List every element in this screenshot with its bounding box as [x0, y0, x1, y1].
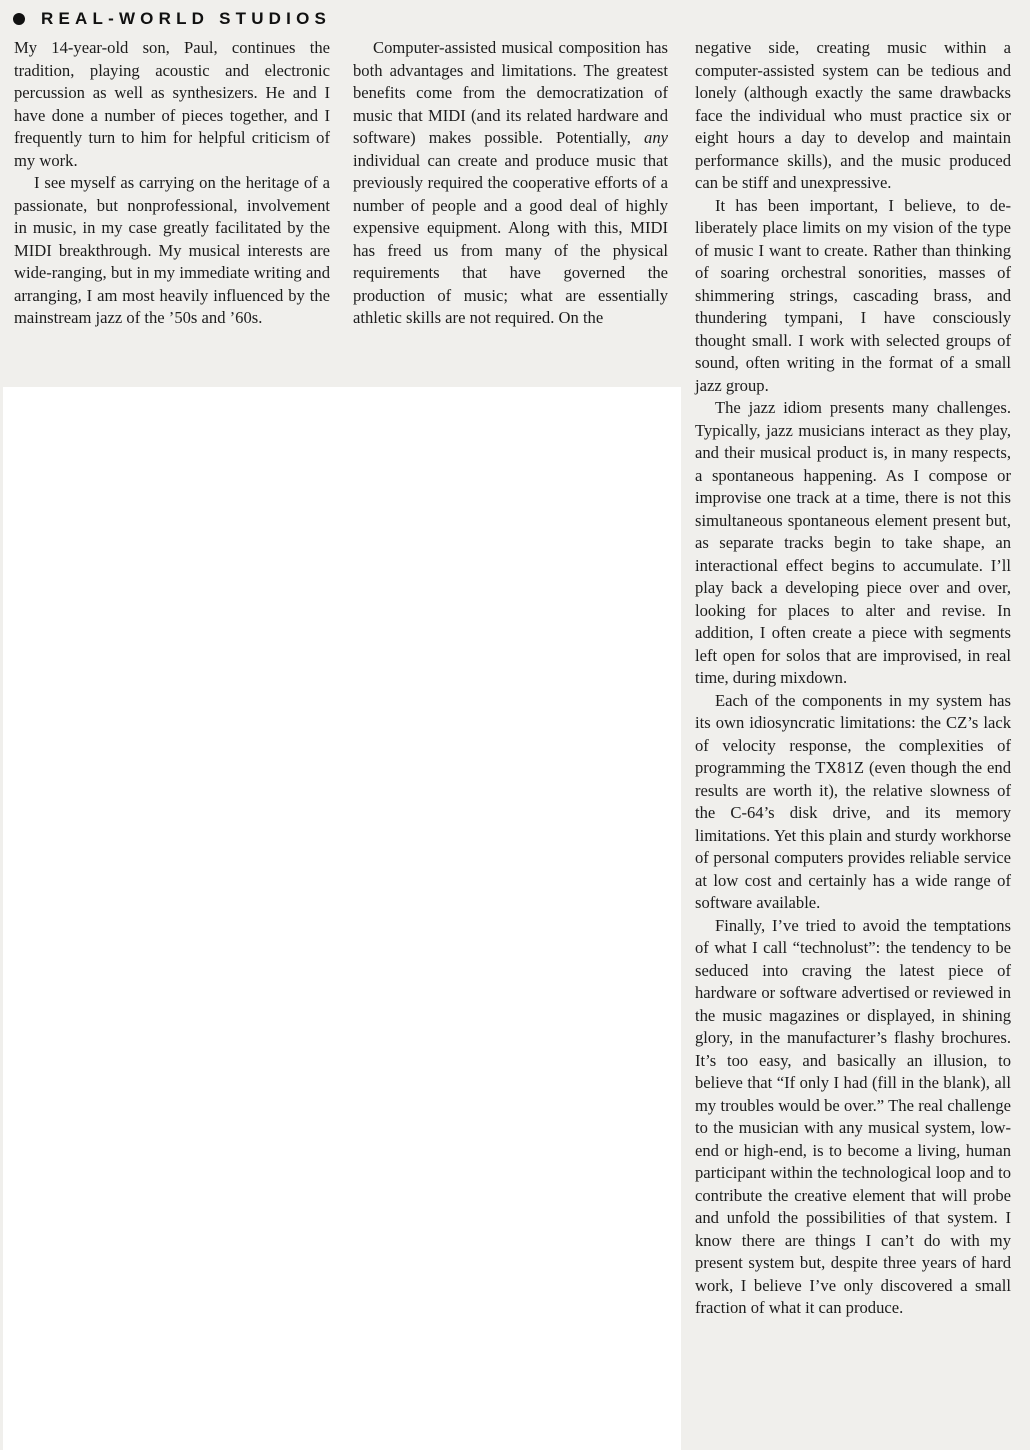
paragraph: negative side, creating music within a c… — [695, 37, 1011, 195]
paragraph: Finally, I’ve tried to avoid the tempta­… — [695, 915, 1011, 1320]
paragraph: My 14-year-old son, Paul, continues the … — [14, 37, 330, 172]
paragraph: Computer-assisted musical composition ha… — [353, 37, 668, 330]
section-header: REAL-WORLD STUDIOS — [12, 6, 331, 32]
paragraph: I see myself as carrying on the heritage… — [14, 172, 330, 330]
magazine-page: REAL-WORLD STUDIOS My 14-year-old son, P… — [0, 0, 1030, 1450]
paragraph-text: Computer-assisted musical composition ha… — [353, 38, 668, 147]
bullet-icon — [13, 13, 25, 25]
section-title: REAL-WORLD STUDIOS — [41, 9, 331, 29]
paragraph: Each of the components in my system has … — [695, 690, 1011, 915]
text-column-1: My 14-year-old son, Paul, continues the … — [14, 37, 330, 330]
paragraph: It has been important, I believe, to de­… — [695, 195, 1011, 398]
blank-image-area — [3, 387, 681, 1450]
paragraph-text: individual can cre­ate and produce music… — [353, 151, 668, 328]
text-column-2: Computer-assisted musical composition ha… — [353, 37, 668, 330]
text-column-3: negative side, creating music within a c… — [695, 37, 1011, 1320]
emphasis-text: any — [644, 128, 668, 147]
paragraph: The jazz idiom presents many challeng­es… — [695, 397, 1011, 690]
